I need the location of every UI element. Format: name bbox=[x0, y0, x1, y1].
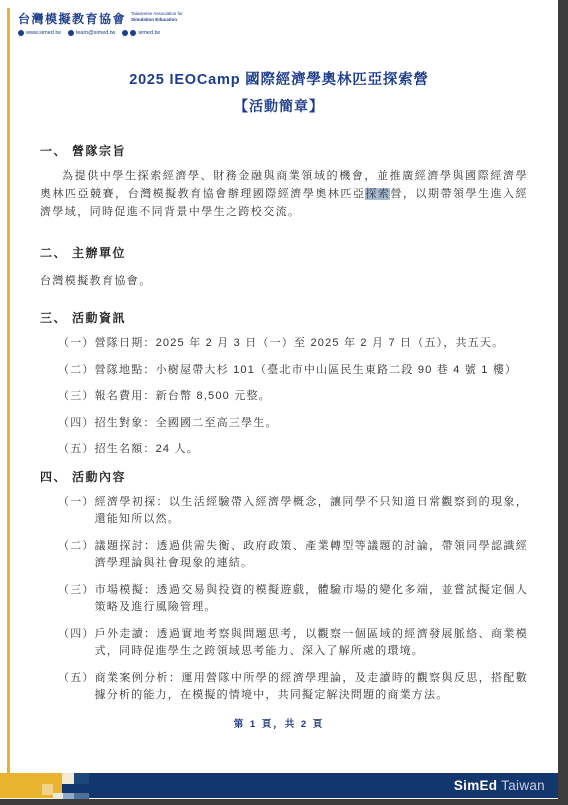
item-label: （二） bbox=[58, 362, 95, 380]
document-page: 台灣模擬教育協會 Taiwanese Association for Simul… bbox=[0, 0, 558, 799]
item-text: 議題探討：透過供需失衡、政府政策、產業轉型等議題的討論，帶領同學認識經濟學理論與… bbox=[95, 538, 528, 573]
list-item: （三） 報名費用：新台幣 8,500 元整。 bbox=[58, 388, 528, 406]
purpose-paragraph: 為提供中學生探索經濟學、財務金融與商業領域的機會，並推廣經濟學與國際經濟學奧林匹… bbox=[40, 167, 528, 221]
item-text: 市場模擬：透過交易與投資的模擬遊戲，體驗市場的變化多端，並嘗試擬定個人策略及進行… bbox=[95, 582, 528, 617]
section-heading-organizer: 二、 主辦單位 bbox=[40, 244, 528, 261]
pixel-decor-square bbox=[74, 773, 89, 784]
content-list: （一） 經濟學初探：以生活經驗帶入經濟學概念，讓同學不只知道日常觀察到的現象，還… bbox=[40, 494, 528, 705]
list-item: （五） 招生名額：24 人。 bbox=[58, 441, 528, 459]
org-subtitle: Taiwanese Association for Simulation Edu… bbox=[131, 10, 183, 23]
page-number: 第 1 頁，共 2 頁 bbox=[234, 719, 325, 730]
pixel-decor-square bbox=[42, 784, 53, 795]
page-footer: 第 1 頁，共 2 頁 bbox=[0, 716, 558, 730]
brand-light: Taiwan bbox=[501, 778, 545, 793]
org-logo: 台灣模擬教育協會 Taiwanese Association for Simul… bbox=[18, 10, 183, 36]
email-item: team@simed.tw bbox=[68, 30, 116, 36]
list-item: （四） 戶外走讀：透過實地考察與問題思考，以觀察一個區域的經濟發展脈絡、商業模式… bbox=[58, 626, 528, 661]
org-name: 台灣模擬教育協會 bbox=[18, 10, 126, 27]
section-heading-info: 三、 活動資訊 bbox=[40, 309, 528, 326]
social-item: simed.tw bbox=[122, 30, 160, 36]
item-label: （一） bbox=[58, 494, 95, 529]
brand-bar: SimEd Taiwan bbox=[62, 773, 558, 798]
section-title: 活動內容 bbox=[72, 468, 126, 485]
item-text: 招生對象：全國國二至高三學生。 bbox=[95, 415, 528, 433]
list-item: （三） 市場模擬：透過交易與投資的模擬遊戲，體驗市場的變化多端，並嘗試擬定個人策… bbox=[58, 582, 528, 617]
list-item: （一） 營隊日期：2025 年 2 月 3 日（一）至 2025 年 2 月 7… bbox=[58, 335, 528, 353]
email-text: team@simed.tw bbox=[76, 30, 116, 36]
search-highlight: 探索 bbox=[365, 188, 390, 200]
item-label: （四） bbox=[58, 415, 95, 433]
info-list: （一） 營隊日期：2025 年 2 月 3 日（一）至 2025 年 2 月 7… bbox=[40, 335, 528, 459]
section-title: 活動資訊 bbox=[72, 309, 126, 326]
list-item: （一） 經濟學初探：以生活經驗帶入經濟學概念，讓同學不只知道日常觀察到的現象，還… bbox=[58, 494, 528, 529]
doc-subtitle: 【活動簡章】 bbox=[0, 96, 558, 116]
pixel-decor-square bbox=[63, 793, 74, 799]
list-item: （四） 招生對象：全國國二至高三學生。 bbox=[58, 415, 528, 433]
section-number: 二、 bbox=[40, 244, 72, 261]
item-label: （二） bbox=[58, 538, 95, 573]
website-item: www.simed.tw bbox=[18, 30, 61, 36]
document-body: 一、 營隊宗旨 為提供中學生探索經濟學、財務金融與商業領域的機會，並推廣經濟學與… bbox=[40, 142, 528, 714]
item-text: 報名費用：新台幣 8,500 元整。 bbox=[95, 388, 528, 406]
item-text: 營隊地點：小樹屋帶大杉 101（臺北市中山區民生東路二段 90 巷 4 號 1 … bbox=[95, 362, 528, 380]
mail-icon bbox=[68, 30, 74, 36]
item-text: 經濟學初探：以生活經驗帶入經濟學概念，讓同學不只知道日常觀察到的現象，還能知所以… bbox=[95, 494, 528, 529]
section-title: 主辦單位 bbox=[72, 244, 126, 261]
list-item: （二） 營隊地點：小樹屋帶大杉 101（臺北市中山區民生東路二段 90 巷 4 … bbox=[58, 362, 528, 380]
pixel-decor-square bbox=[62, 773, 74, 784]
item-text: 商業案例分析：運用營隊中所學的經濟學理論，及走讀時的觀察與反思，搭配數據分析的能… bbox=[95, 670, 528, 705]
pixel-decor-square bbox=[53, 793, 63, 799]
doc-title-block: 2025 IEOCamp 國際經濟學奧林匹亞探索營 【活動簡章】 bbox=[0, 68, 558, 116]
pdf-viewer-background: 台灣模擬教育協會 Taiwanese Association for Simul… bbox=[0, 0, 568, 805]
website-text: www.simed.tw bbox=[26, 30, 61, 36]
social-text: simed.tw bbox=[138, 30, 160, 36]
left-accent-stripe bbox=[7, 8, 10, 773]
section-title: 營隊宗旨 bbox=[72, 142, 126, 159]
item-label: （五） bbox=[58, 441, 95, 459]
item-text: 營隊日期：2025 年 2 月 3 日（一）至 2025 年 2 月 7 日（五… bbox=[95, 335, 528, 353]
globe-icon bbox=[18, 30, 24, 36]
section-number: 一、 bbox=[40, 142, 72, 159]
list-item: （五） 商業案例分析：運用營隊中所學的經濟學理論，及走讀時的觀察與反思，搭配數據… bbox=[58, 670, 528, 705]
pixel-decor-square bbox=[74, 793, 89, 799]
item-label: （五） bbox=[58, 670, 95, 705]
item-label: （一） bbox=[58, 335, 95, 353]
section-number: 三、 bbox=[40, 309, 72, 326]
organizer-body: 台灣模擬教育協會。 bbox=[40, 273, 528, 290]
brand-logo: SimEd Taiwan bbox=[454, 778, 545, 793]
org-subtitle-line2: Simulation Education bbox=[131, 17, 183, 23]
instagram-icon bbox=[130, 30, 136, 36]
item-label: （四） bbox=[58, 626, 95, 661]
doc-title: 2025 IEOCamp 國際經濟學奧林匹亞探索營 bbox=[0, 68, 558, 89]
facebook-icon bbox=[122, 30, 128, 36]
section-heading-purpose: 一、 營隊宗旨 bbox=[40, 142, 528, 159]
item-label: （三） bbox=[58, 388, 95, 406]
contact-row: www.simed.tw team@simed.tw simed.tw bbox=[18, 30, 183, 36]
item-label: （三） bbox=[58, 582, 95, 617]
list-item: （二） 議題探討：透過供需失衡、政府政策、產業轉型等議題的討論，帶領同學認識經濟… bbox=[58, 538, 528, 573]
section-heading-content: 四、 活動內容 bbox=[40, 468, 528, 485]
item-text: 招生名額：24 人。 bbox=[95, 441, 528, 459]
section-number: 四、 bbox=[40, 468, 72, 485]
brand-bold: SimEd bbox=[454, 778, 498, 793]
item-text: 戶外走讀：透過實地考察與問題思考，以觀察一個區域的經濟發展脈絡、商業模式，同時促… bbox=[95, 626, 528, 661]
